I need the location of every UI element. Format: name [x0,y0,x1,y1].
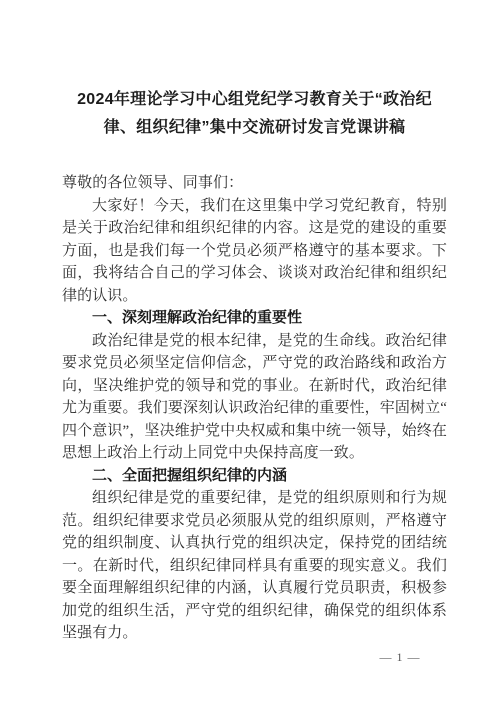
section-1-heading: 一、深刻理解政治纪律的重要性 [62,307,447,330]
intro-paragraph: 大家好！今天，我们在这里集中学习党纪教育，特别是关于政治纪律和组织纪律的内容。这… [62,195,447,308]
greeting-line: 尊敬的各位领导、同事们： [62,172,447,195]
section-2-heading: 二、全面把握组织纪律的内涵 [62,465,447,488]
document-content: 2024年理论学习中心组党纪学习教育关于“政治纪律、组织纪律”集中交流研讨发言党… [0,0,500,645]
document-body: 尊敬的各位领导、同事们： 大家好！今天，我们在这里集中学习党纪教育，特别是关于政… [62,172,447,645]
section-1-paragraph: 政治纪律是党的根本纪律，是党的生命线。政治纪律要求党员必须坚定信仰信念，严守党的… [62,330,447,465]
document-page: 2024年理论学习中心组党纪学习教育关于“政治纪律、组织纪律”集中交流研讨发言党… [0,0,500,708]
document-title: 2024年理论学习中心组党纪学习教育关于“政治纪律、组织纪律”集中交流研讨发言党… [62,86,447,142]
page-number: — 1 — [355,648,445,666]
section-2-paragraph: 组织纪律是党的重要纪律，是党的组织原则和行为规范。组织纪律要求党员必须服从党的组… [62,487,447,645]
